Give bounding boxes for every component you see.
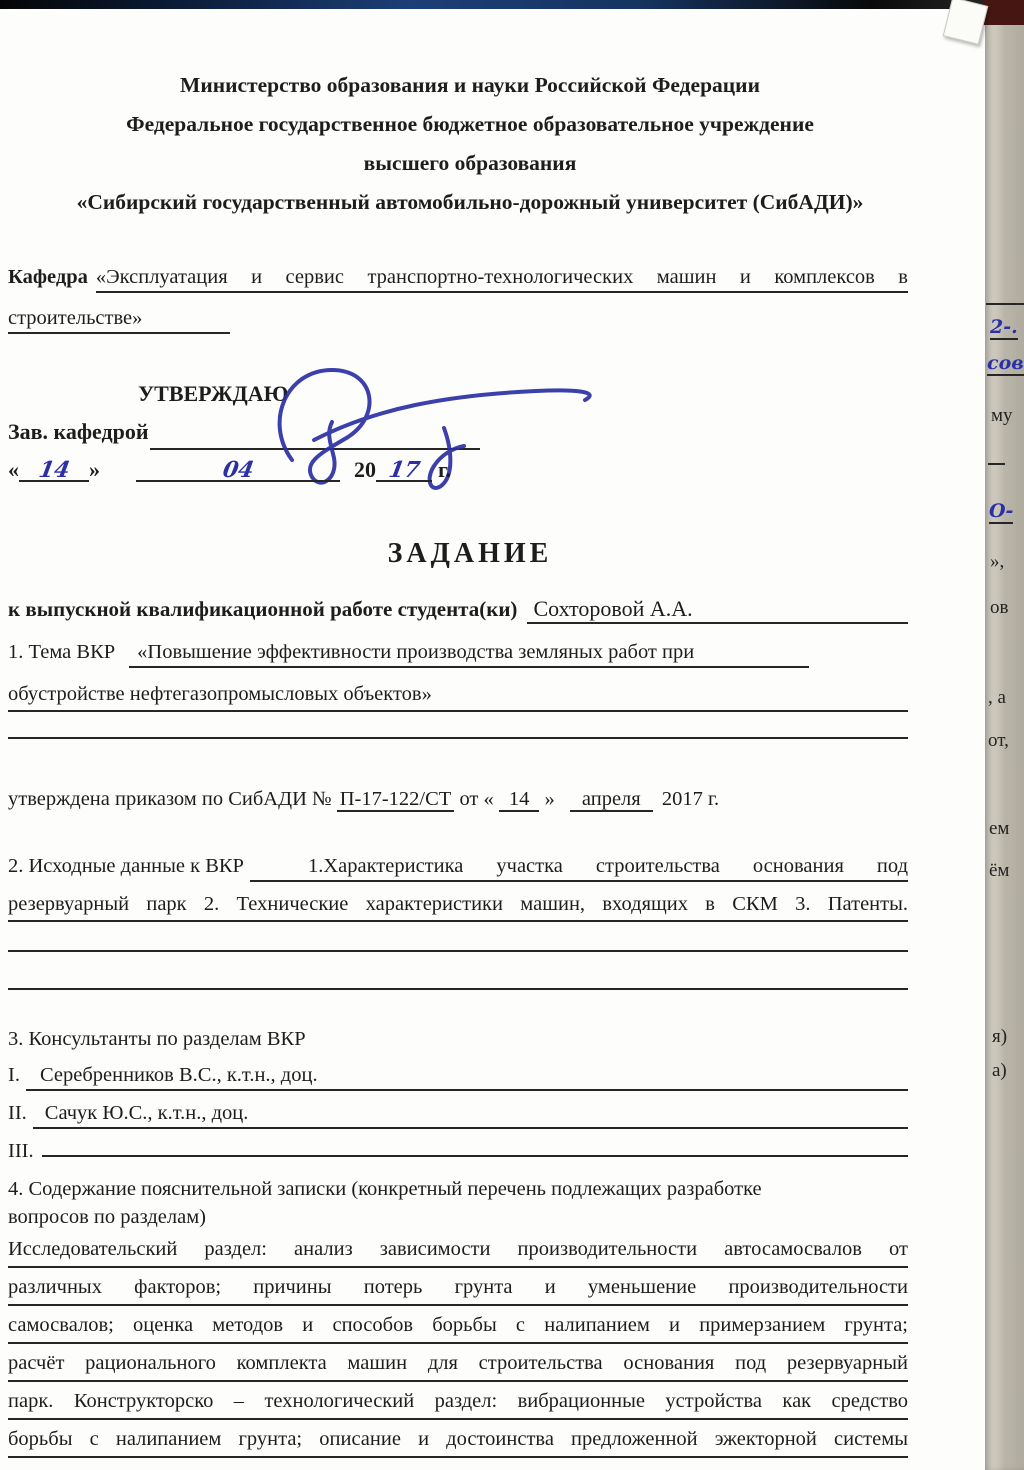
document-title: ЗАДАНИЕ bbox=[0, 538, 940, 570]
order-month: апреля bbox=[570, 788, 653, 812]
student-name: Сохторовой А.А. bbox=[527, 595, 908, 624]
initial-data-label: 2. Исходные данные к ВКР bbox=[8, 853, 244, 880]
initial-data-line-2: резервуарный парк 2. Технические характе… bbox=[8, 891, 908, 922]
side-page-fragment: сов bbox=[987, 352, 1024, 374]
quote-open: « bbox=[8, 457, 19, 482]
empty-rule-line bbox=[8, 988, 908, 990]
order-prefix: утверждена приказом по СибАДИ № bbox=[8, 788, 332, 810]
handwritten-month: 04 bbox=[220, 457, 255, 484]
contents-body-line: различных факторов; причины потерь грунт… bbox=[8, 1274, 908, 1306]
contents-body-line: Исследовательский раздел: анализ зависим… bbox=[8, 1236, 908, 1268]
initial-data-row: 2. Исходные данные к ВКР 1.Характеристик… bbox=[8, 853, 908, 882]
consultant-row: II. Сачук Ю.С., к.т.н., доц. bbox=[8, 1100, 908, 1129]
institution-line: Федеральное государственное бюджетное об… bbox=[0, 111, 940, 138]
year-suffix: г. bbox=[438, 457, 451, 482]
side-page-fragment: му bbox=[991, 405, 1013, 427]
department-value-2: строительстве» bbox=[8, 305, 230, 334]
order-year: 2017 г. bbox=[662, 788, 719, 810]
consultant-numeral: III. bbox=[8, 1138, 34, 1165]
scan-top-bar bbox=[0, 0, 1024, 9]
approve-label: УТВЕРЖДАЮ bbox=[138, 380, 438, 407]
signature-line bbox=[150, 448, 480, 450]
department-value: «Эксплуатация и сервис транспортно-техно… bbox=[96, 264, 908, 293]
day-blank: 14 bbox=[19, 456, 89, 482]
university-name-line: «Сибирский государственный автомобильно-… bbox=[0, 189, 940, 216]
assignment-label: к выпускной квалификационной работе студ… bbox=[8, 596, 517, 623]
education-level-line: высшего образования bbox=[0, 150, 940, 177]
side-page-fragment: ов bbox=[990, 597, 1008, 619]
contents-label-2: вопросов по разделам) bbox=[8, 1204, 908, 1231]
side-page-fragment: 2-. bbox=[990, 316, 1018, 338]
topic-line-1: «Повышение эффективности производства зе… bbox=[129, 639, 809, 668]
department-row-2: строительстве» bbox=[8, 305, 908, 334]
contents-body-line: самосвалов; оценка методов и способов бо… bbox=[8, 1312, 908, 1344]
scanned-document-page: 2-. сов му О- », ов , а от, ем ём я) а) … bbox=[0, 0, 1024, 1470]
side-page-fragment: », bbox=[990, 551, 1004, 573]
handwritten-year: 17 bbox=[386, 457, 421, 484]
assignment-row: к выпускной квалификационной работе студ… bbox=[8, 595, 908, 624]
department-label: Кафедра bbox=[8, 264, 88, 291]
side-page-fragment: О- bbox=[989, 500, 1013, 522]
contents-body-line: парк. Конструкторско – технологический р… bbox=[8, 1388, 908, 1420]
contents-body-line: борьбы с налипанием грунта; описание и д… bbox=[8, 1426, 908, 1458]
initial-data-line-1: 1.Характеристика участка строительства о… bbox=[250, 853, 908, 882]
consultant-numeral: I. bbox=[8, 1062, 20, 1089]
empty-rule-line bbox=[8, 737, 908, 739]
contents-body-line: расчёт рационального комплекта машин для… bbox=[8, 1350, 908, 1382]
contents-label-1: 4. Содержание пояснительной записки (кон… bbox=[8, 1176, 908, 1203]
quote-close: » bbox=[89, 457, 100, 482]
topic-row: 1. Тема ВКР «Повышение эффективности про… bbox=[8, 639, 908, 668]
consultant-row: III. bbox=[8, 1138, 908, 1165]
order-from: от « bbox=[459, 788, 493, 810]
department-row: Кафедра «Эксплуатация и сервис транспорт… bbox=[8, 264, 908, 293]
topic-label: 1. Тема ВКР bbox=[8, 639, 115, 666]
folded-paper-corner bbox=[943, 0, 989, 45]
consultant-name: Сачук Ю.С., к.т.н., доц. bbox=[33, 1100, 908, 1129]
year-blank: 17 bbox=[376, 456, 432, 482]
order-close-quote: » bbox=[545, 788, 555, 810]
year-prefix: 20 bbox=[354, 457, 376, 482]
side-page-line bbox=[986, 303, 1024, 305]
consultant-numeral: II. bbox=[8, 1100, 27, 1127]
scan-corner-dark-strip bbox=[983, 0, 1024, 25]
consultant-name bbox=[42, 1155, 908, 1157]
order-day: 14 bbox=[499, 788, 540, 812]
ministry-line: Министерство образования и науки Российс… bbox=[0, 72, 940, 99]
side-page-fragment: , а bbox=[988, 687, 1006, 709]
head-of-department-label: Зав. кафедрой bbox=[8, 418, 908, 445]
side-page-fragment: ем bbox=[989, 818, 1009, 840]
consultant-row: I. Серебренников В.С., к.т.н., доц. bbox=[8, 1062, 908, 1091]
handwritten-day: 14 bbox=[36, 457, 71, 484]
order-row: утверждена приказом по СибАДИ № П-17-122… bbox=[8, 786, 908, 813]
side-page-line bbox=[988, 463, 1005, 465]
topic-line-2: обустройстве нефтегазопромысловых объект… bbox=[8, 681, 908, 712]
side-page-fragment: ём bbox=[989, 860, 1009, 882]
empty-rule-line bbox=[8, 950, 908, 952]
order-number: П-17-122/СТ bbox=[337, 788, 455, 812]
side-page-fragment: я) bbox=[992, 1026, 1007, 1048]
month-blank: 04 bbox=[136, 456, 340, 482]
side-page-fragment: а) bbox=[992, 1060, 1007, 1082]
side-page-fragment: от, bbox=[988, 730, 1009, 752]
consultants-label: 3. Консультанты по разделам ВКР bbox=[8, 1026, 908, 1053]
consultant-name: Серебренников В.С., к.т.н., доц. bbox=[26, 1062, 908, 1091]
approval-date-row: «14»042017г. bbox=[8, 456, 908, 483]
